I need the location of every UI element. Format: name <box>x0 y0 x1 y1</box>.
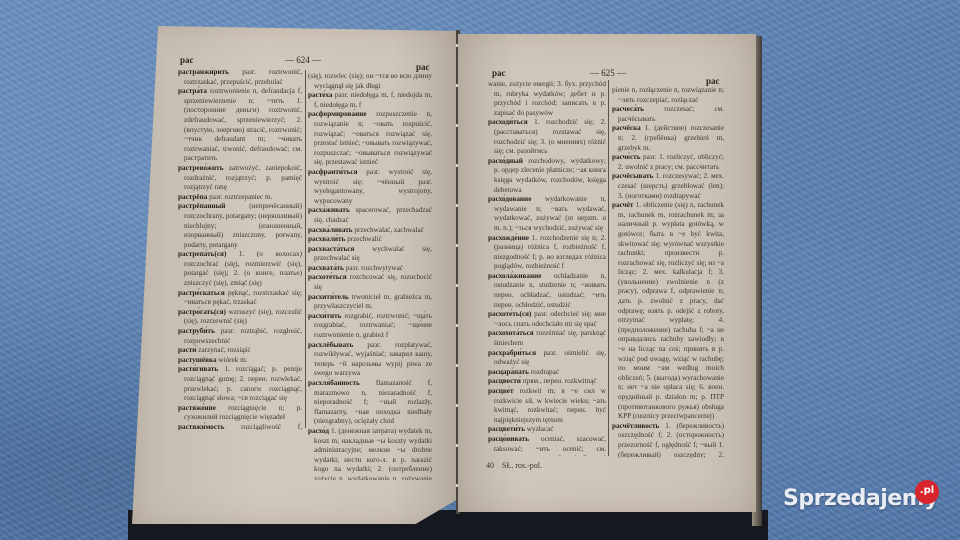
headword: расчёсывать <box>612 172 655 180</box>
headword: растра́та <box>178 87 210 95</box>
left-page-number: — 624 — <box>285 55 321 65</box>
dictionary-entry: расходи́ться 1. rozchodzić się; 2. (расс… <box>488 118 606 156</box>
dictionary-entry: расформирова́ние rozpuszczenie n, rozwią… <box>308 110 432 168</box>
headword: растрепа́ть(ся) <box>178 250 239 258</box>
definition: wyzłacać <box>527 425 554 433</box>
headword: расчёт <box>612 201 636 209</box>
right-running-head-left: рас <box>492 68 506 78</box>
headword: расцве́т <box>488 387 520 395</box>
definition: przechwalać, zachwalać <box>354 226 423 234</box>
dictionary-entry: растре́скаться pęknąć, rozstrzaskać się;… <box>178 289 302 308</box>
dictionary-entry: расхваста́ться wychwalać się, przechwala… <box>308 245 432 264</box>
headword: расха́живать <box>308 206 355 214</box>
headword: расцара́пать <box>488 368 531 376</box>
headword: расче́сть <box>612 153 643 161</box>
definition: разг. roztrzepaniec m. <box>209 193 272 201</box>
headword: расхоте́ться <box>308 273 350 281</box>
left-running-head-right: рас <box>416 62 430 72</box>
definition: rozpuszczenie n, rozwiązanie n; ~овать r… <box>314 110 432 166</box>
dictionary-entry: (się), rozwlec (się); он ~тся во всю дли… <box>308 72 432 91</box>
dictionary-entry: растро́гать(ся) wzruszyć (się), rozczuli… <box>178 308 302 327</box>
headword: расхохота́ться <box>488 329 536 337</box>
column-rule <box>305 70 306 428</box>
dictionary-entry: расцве́т rozkwit m; в ~е сил w rozkwicie… <box>488 387 606 425</box>
dictionary-entry: расха́живать spacerować, przechadzać się… <box>308 206 432 225</box>
left-column-2: (się), rozwlec (się); он ~тся во всю дли… <box>308 72 432 480</box>
headword: расхоте́ть(ся) <box>488 310 534 318</box>
headword: расхваста́ться <box>308 245 372 253</box>
dictionary-entry: растрево́жить zatrwożyć, zaniepokoić, ro… <box>178 164 302 193</box>
dictionary-entry: расхоте́ть(ся) разг. odechcieć się; мне … <box>488 310 606 329</box>
dictionary-entry: wanie, zużycie energii; 3. бух. przychód… <box>488 80 606 118</box>
right-column-2: pienie n, rozłączenie n, rozwiązanie n; … <box>612 86 724 458</box>
dictionary-entry: растяжи́мость rozciągliwość f, elastyczn… <box>178 423 302 430</box>
dictionary-entry: расчеса́ть rozczesać; см. расчёсывать <box>612 105 724 124</box>
headword: расхо́д <box>308 427 331 435</box>
headword: растрёпанный <box>178 202 249 210</box>
left-running-head-left: рас <box>180 55 194 65</box>
definition: wanie, zużycie energii; 3. бух. przychód… <box>488 80 606 117</box>
headword: расхи́тить <box>308 312 345 320</box>
headword: расте́ха <box>308 91 335 99</box>
footer-signature-text: SŁ. ros.-pol. <box>502 461 542 470</box>
dictionary-entry: pienie n, rozłączenie n, rozwiązanie n; … <box>612 86 724 105</box>
column-rule <box>608 80 609 456</box>
right-page-number: — 625 — <box>590 68 626 78</box>
definition: przechwalić <box>347 235 382 243</box>
dictionary-entry: расхо́дование wydatkowanie n, wydawanie … <box>488 195 606 233</box>
headword: расформирова́ние <box>308 110 376 118</box>
dictionary-entry: расце́нивать oceniać, szacować, taksować… <box>488 435 606 456</box>
dictionary-entry: растранжи́рить разг. roztrwonić, roztrza… <box>178 68 302 87</box>
headword: расхо́дный <box>488 157 528 165</box>
dictionary-entry: расфранти́ться разг. wystroić się, wystr… <box>308 168 432 206</box>
headword: расхля́банность <box>308 379 376 387</box>
definition: pienie n, rozłączenie n, rozwiązanie n; … <box>612 86 724 104</box>
headword: расхва́ливать <box>308 226 354 234</box>
dictionary-entry: расчёсывать 1. rozczesywać; 2. мех. czes… <box>612 172 724 201</box>
dictionary-entry: расхва́ливать przechwalać, zachwalać <box>308 226 432 236</box>
left-column-1: растранжи́рить разг. roztrwonić, roztrza… <box>178 68 302 430</box>
dictionary-entry: расхоте́ться rozchcować się, rozochocić … <box>308 273 432 292</box>
dictionary-entry: расцвести́ прям., перен. rozkwitnąć <box>488 377 606 387</box>
sprzedajemy-watermark: Sprzedajemy .pl <box>783 486 938 520</box>
headword: расхола́живание <box>488 272 554 280</box>
dictionary-entry: расчёска 1. (действие) rozczesanie n; 2.… <box>612 124 724 153</box>
dictionary-entry: расче́сть разг. 1. rozliczyć, obliczyć; … <box>612 153 724 172</box>
dictionary-entry: расхити́тель trwoniciel m, grabieżca m, … <box>308 293 432 312</box>
dictionary-entry: растя́гивать 1. rozciągać; p. pensje roz… <box>178 365 302 403</box>
dictionary-entry: расте́ха разг. niedołęga m, f, niedojda … <box>308 91 432 110</box>
definition: 1. obliczenie (się) n, rachunek m, rachu… <box>618 201 724 420</box>
headword: расходи́ться <box>488 118 534 126</box>
dictionary-entry: расти́ zarzynać, rozsiąść <box>178 346 302 356</box>
headword: растяжи́мость <box>178 423 241 430</box>
dictionary-entry: расхлёбывать разг. rozpłatywać, rozwikły… <box>308 341 432 379</box>
headword: расчеса́ть <box>612 105 664 113</box>
dictionary-entry: расхо́дный rozchodowy, wydatkowy; p. орд… <box>488 157 606 195</box>
dictionary-entry: раструби́ть разг. roztrąbić, rozgłosić, … <box>178 327 302 346</box>
dictionary-entry: растрепа́ть(ся) 1. (о волосах) rozczochr… <box>178 250 302 288</box>
definition: zarzynać, rozsiąść <box>198 346 250 354</box>
definition: (się), rozwlec (się); он ~тся во всю дли… <box>308 72 432 90</box>
definition: rozdrapać <box>531 368 559 376</box>
headword: растушёвка <box>178 356 218 364</box>
headword: растранжи́рить <box>178 68 242 76</box>
dictionary-entry: расхля́банность flamazaność f, marazmowo… <box>308 379 432 427</box>
definition: wiórek m. <box>218 356 247 364</box>
headword: расхвата́ть <box>308 264 346 272</box>
headword: расце́нивать <box>488 435 541 443</box>
dictionary-entry: растрёпа разг. roztrzepaniec m. <box>178 193 302 203</box>
dictionary-entry: расхола́живание ochładzanie n, ostudzani… <box>488 272 606 310</box>
right-column-1: wanie, zużycie energii; 3. бух. przychód… <box>488 80 606 456</box>
headword: расцвети́ть <box>488 425 527 433</box>
headword: растяже́ние <box>178 404 228 412</box>
dictionary-entry: расцара́пать rozdrapać <box>488 368 606 378</box>
dictionary-entry: растушёвка wiórek m. <box>178 356 302 366</box>
headword: расфранти́ться <box>308 168 366 176</box>
headword: расхожде́ние <box>488 234 532 242</box>
dictionary-entry: расхо́д 1. (денежная затрата) wydatek m,… <box>308 427 432 480</box>
definition: прям., перен. rozkwitnąć <box>523 377 597 385</box>
dictionary-entry: растрёпанный (непричёсанный) rozczochran… <box>178 202 302 250</box>
headword: расхлёбывать <box>308 341 367 349</box>
headword: растя́гивать <box>178 365 224 373</box>
headword: раструби́ть <box>178 327 221 335</box>
dictionary-entry: расцвети́ть wyzłacać <box>488 425 606 435</box>
headword: растрево́жить <box>178 164 229 172</box>
headword: расхо́дование <box>488 195 545 203</box>
headword: растре́скаться <box>178 289 228 297</box>
headword: расхити́тель <box>308 293 352 301</box>
definition: разг. rozchwytywać <box>346 264 403 272</box>
headword: расчёска <box>612 124 645 132</box>
dictionary-entry: расхожде́ние 1. rozchodzenie się n; 2. (… <box>488 234 606 272</box>
headword: расчётливость <box>612 422 665 430</box>
headword: расхрабри́ться <box>488 349 543 357</box>
headword: расхвали́ть <box>308 235 347 243</box>
dictionary-entry: расхохота́ться roześmiać się, parsknąć ś… <box>488 329 606 348</box>
dictionary-entry: растяже́ние rozciągnięcie n; p. сухожили… <box>178 404 302 423</box>
footer-page-number: 40 <box>486 461 494 470</box>
dictionary-entry: расхрабри́ться разг. ośmielić się, odważ… <box>488 349 606 368</box>
dictionary-entry: расхвали́ть przechwalić <box>308 235 432 245</box>
dictionary-entry: расчёт 1. obliczenie (się) n, rachunek m… <box>612 201 724 422</box>
watermark-tld-badge: .pl <box>915 480 939 504</box>
headword: растрёпа <box>178 193 209 201</box>
headword: расти́ <box>178 346 198 354</box>
headword: растро́гать(ся) <box>178 308 229 316</box>
dictionary-entry: расхи́тить rozgrabić, roztrwonić; ~ща́ть… <box>308 312 432 341</box>
footer-signature: 40 SŁ. ros.-pol. <box>486 461 542 470</box>
definition: 1. (денежная затрата) wydatek m, koszt m… <box>314 427 432 480</box>
headword: расцвести́ <box>488 377 523 385</box>
dictionary-entry: растра́та roztrwonienie n, defraudacja f… <box>178 87 302 164</box>
definition: roztrwonienie n, defraudacja f, sprzenie… <box>184 87 302 162</box>
right-running-head-right: рас <box>706 76 720 86</box>
dictionary-entry: расчётливость 1. (бережливость) oszczędn… <box>612 422 724 458</box>
